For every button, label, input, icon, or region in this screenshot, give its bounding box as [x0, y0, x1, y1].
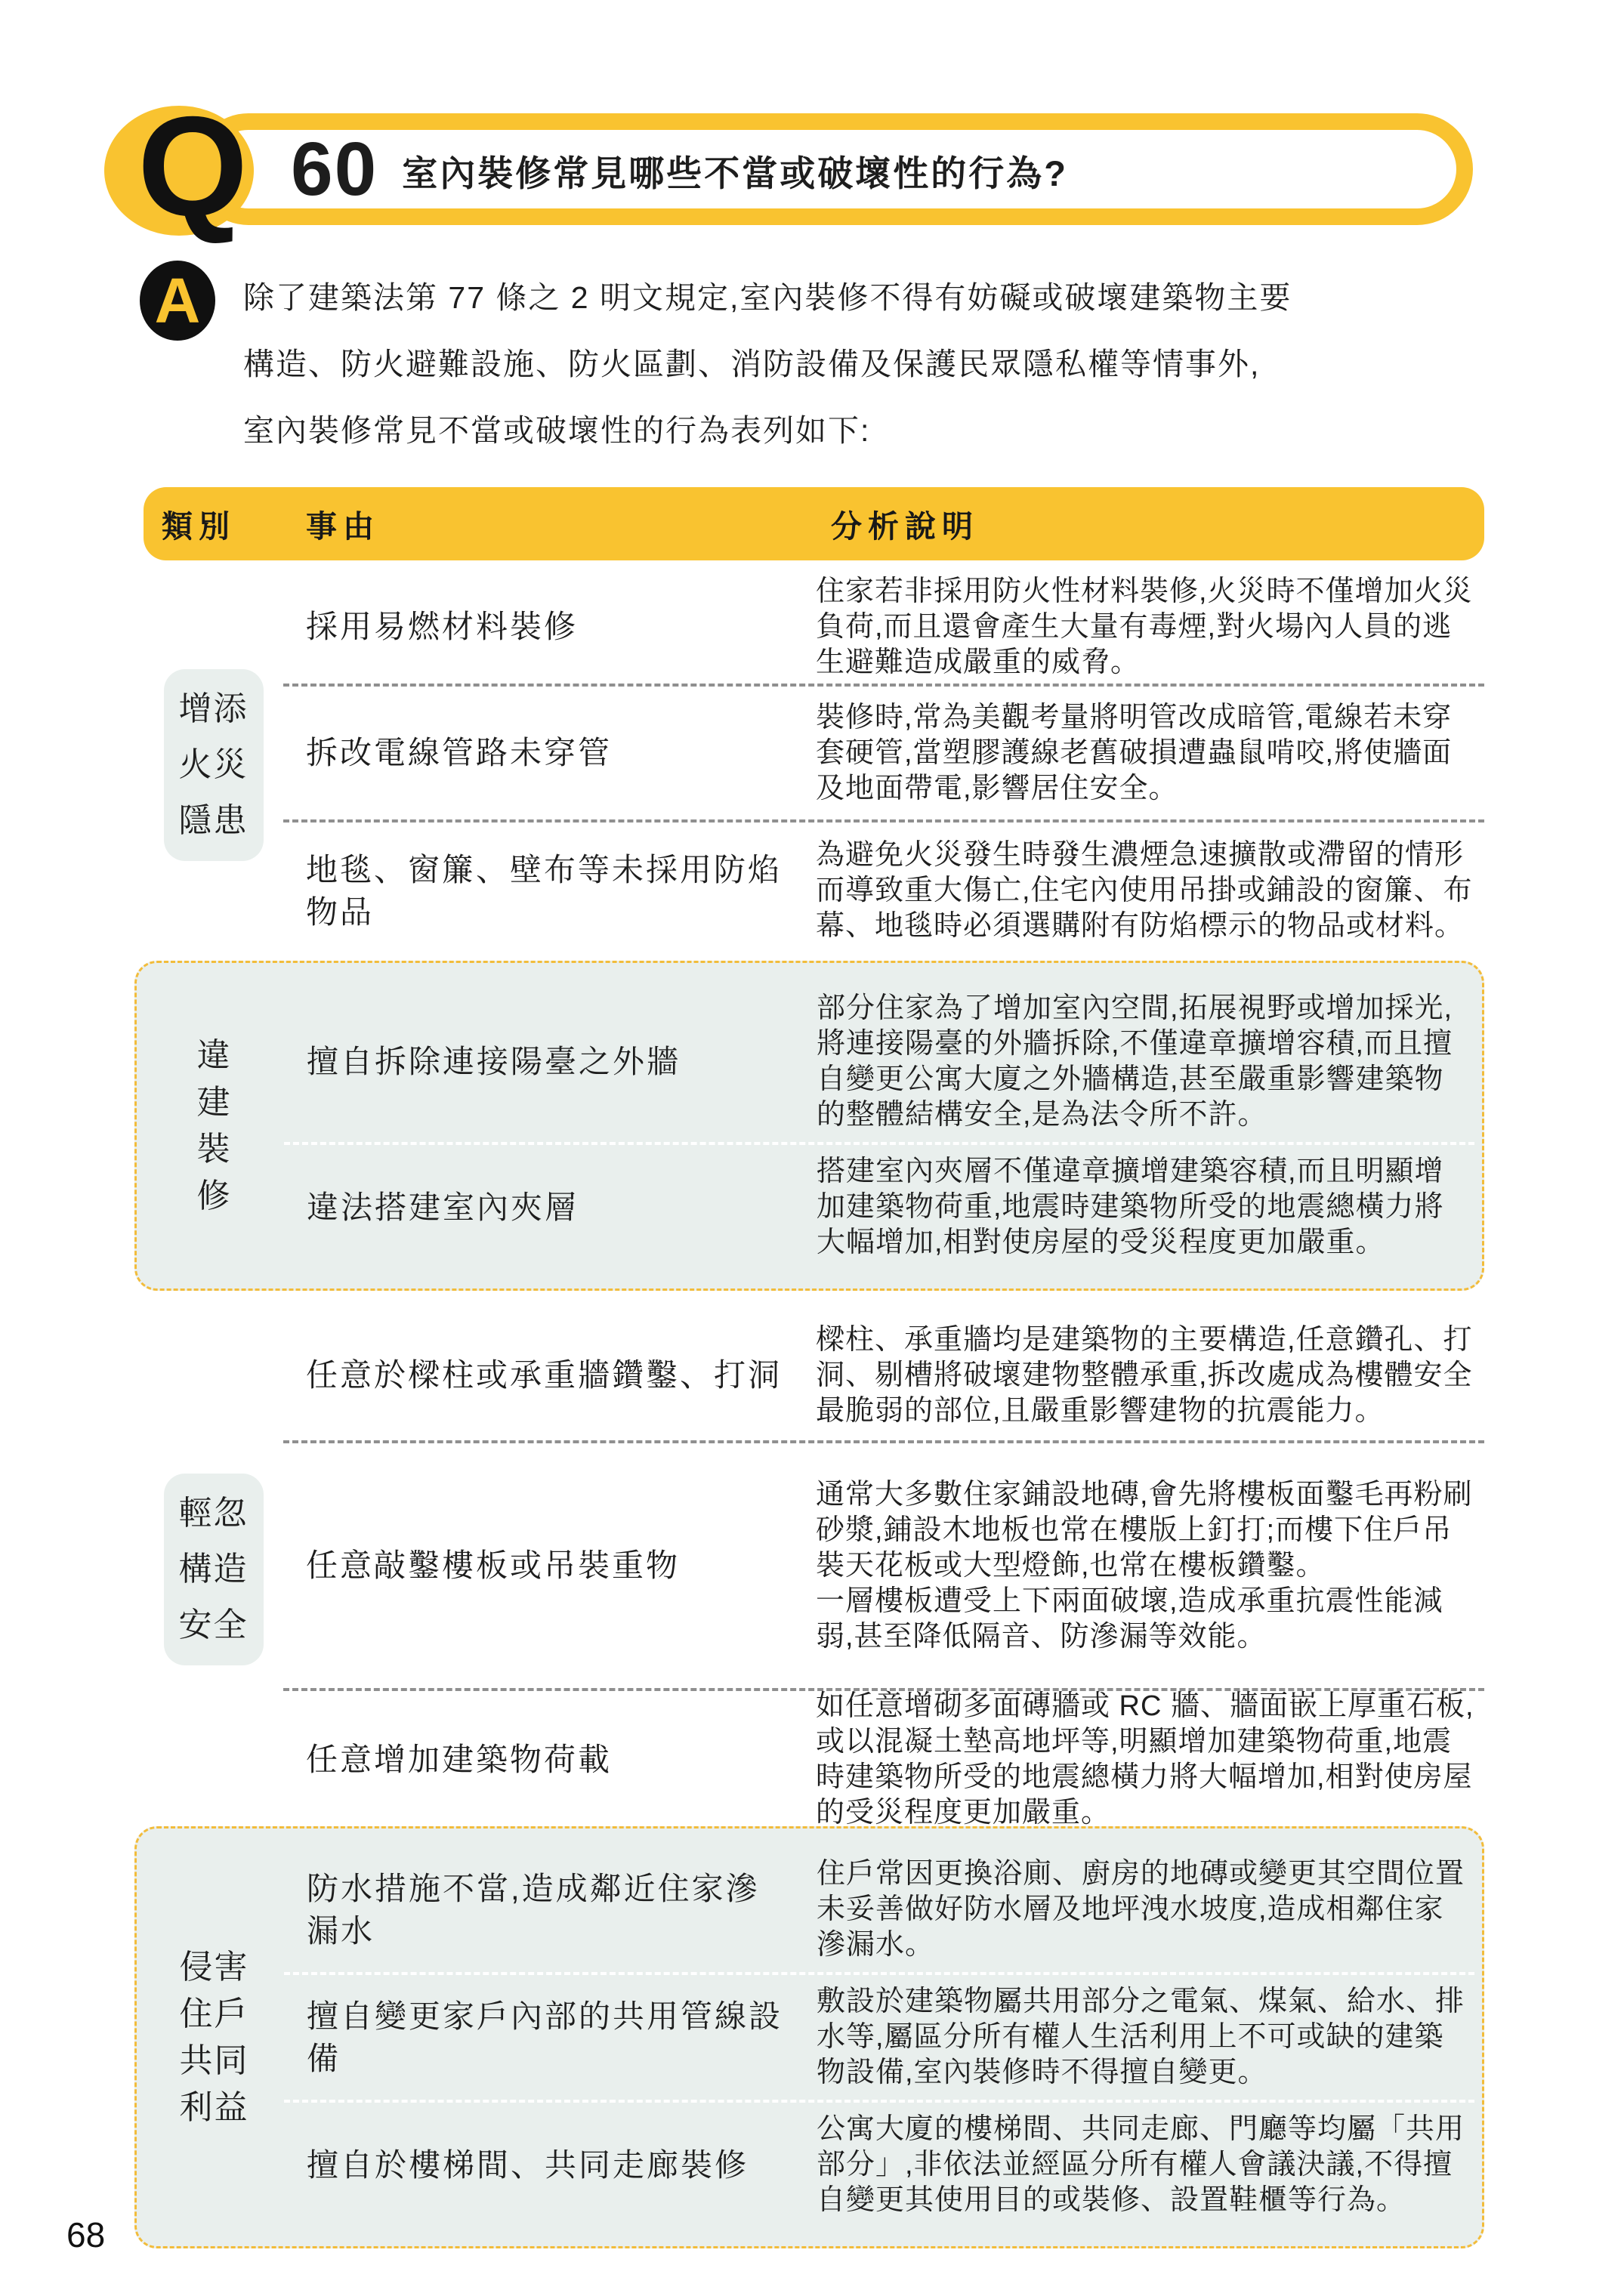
answer-text: 除了建築法第 77 條之 2 明文規定,室內裝修不得有妨礙或破壞建築物主要 構造… — [243, 264, 1550, 464]
table-header-analysis: 分析說明 — [801, 501, 1484, 546]
section-category-cell: 輕忽 構造 安全 — [144, 1310, 283, 1828]
row-cause: 違法搭建室內夾層 — [284, 1179, 801, 1236]
section-category-cell: 違 建 裝 修 — [144, 982, 284, 1270]
row-analysis: 裝修時,常為美觀考量將明管改成暗管,電線若未穿套硬管,當塑膠護線老舊破損遭蟲鼠啃… — [801, 688, 1484, 819]
table-section-fire-hazard: 增添 火災 隱患 採用易燃材料裝修 住家若非採用防火性材料裝修,火災時不僅增加火… — [144, 570, 1484, 959]
row-cause: 採用易燃材料裝修 — [283, 598, 801, 656]
table-row: 擅自於樓梯間、共同走廊裝修 公寓大廈的樓梯間、共同走廊、門廳等均屬「共用部分」,… — [284, 2100, 1474, 2227]
table-header-category: 類別 — [144, 501, 283, 546]
answer-badge-letter: A — [155, 269, 201, 332]
section-rows: 任意於樑柱或承重牆鑽鑿、打洞 樑柱、承重牆均是建築物的主要構造,任意鑽孔、打洞、… — [283, 1310, 1484, 1828]
table-section-structural-safety: 輕忽 構造 安全 任意於樑柱或承重牆鑽鑿、打洞 樑柱、承重牆均是建築物的主要構造… — [144, 1310, 1484, 1828]
table-row: 擅自變更家戶內部的共用管線設備 敷設於建築物屬共用部分之電氣、煤氣、給水、排水等… — [284, 1972, 1474, 2100]
table-row: 擅自拆除連接陽臺之外牆 部分住家為了增加室內空間,拓展視野或增加採光,將連接陽臺… — [284, 982, 1474, 1142]
section-rows: 採用易燃材料裝修 住家若非採用防火性材料裝修,火災時不僅增加火災負荷,而且還會產… — [283, 570, 1484, 959]
row-analysis: 敷設於建築物屬共用部分之電氣、煤氣、給水、排水等,屬區分所有權人生活利用上不可或… — [801, 1975, 1474, 2100]
row-cause: 擅自拆除連接陽臺之外牆 — [284, 1033, 801, 1091]
section-category-label: 增添 火災 隱患 — [164, 669, 264, 861]
table-row: 地毯、窗簾、壁布等未採用防焰物品 為避免火災發生時發生濃煙急速擴散或滯留的情形而… — [283, 819, 1484, 959]
section-rows: 防水措施不當,造成鄰近住家滲漏水 住戶常因更換浴廁、廚房的地磚或變更其空間位置未… — [284, 1847, 1474, 2227]
row-analysis: 住家若非採用防火性材料裝修,火災時不僅增加火災負荷,而且還會產生大量有毒煙,對火… — [801, 562, 1484, 693]
table-row: 任意於樑柱或承重牆鑽鑿、打洞 樑柱、承重牆均是建築物的主要構造,任意鑽孔、打洞、… — [283, 1310, 1484, 1440]
table-row: 任意增加建築物荷載 如任意增砌多面磚牆或 RC 牆、牆面嵌上厚重石板,或以混凝土… — [283, 1688, 1484, 1828]
row-analysis: 部分住家為了增加室內空間,拓展視野或增加採光,將連接陽臺的外牆拆除,不僅違章擴增… — [801, 982, 1474, 1142]
section-category-cell: 增添 火災 隱患 — [144, 570, 283, 959]
table-section-illegal-construction: 違 建 裝 修 擅自拆除連接陽臺之外牆 部分住家為了增加室內空間,拓展視野或增加… — [134, 961, 1484, 1291]
question-number: 60 — [291, 131, 378, 207]
row-cause: 任意敲鑿樓板或吊裝重物 — [283, 1537, 801, 1594]
row-analysis: 通常大多數住家鋪設地磚,會先將樓板面鑿毛再粉刷砂漿,鋪設木地板也常在樓版上釘打;… — [801, 1465, 1484, 1667]
section-category-label: 違 建 裝 修 — [144, 1032, 284, 1220]
row-cause: 地毯、窗簾、壁布等未採用防焰物品 — [283, 841, 801, 941]
table-row: 違法搭建室內夾層 搭建室內夾層不僅違章擴增建築容積,而且明顯增加建築物荷重,地震… — [284, 1142, 1474, 1270]
row-cause: 拆改電線管路未穿管 — [283, 724, 801, 782]
question-header-pill: 60 室內裝修常見哪些不當或破壞性的行為? — [193, 113, 1473, 225]
section-rows: 擅自拆除連接陽臺之外牆 部分住家為了增加室內空間,拓展視野或增加採光,將連接陽臺… — [284, 982, 1474, 1270]
section-category-cell: 侵害 住戶 共同 利益 — [144, 1847, 284, 2227]
page-number: 68 — [66, 2214, 105, 2255]
section-category-label: 輕忽 構造 安全 — [164, 1474, 264, 1665]
answer-badge: A — [140, 261, 215, 341]
table-row: 拆改電線管路未穿管 裝修時,常為美觀考量將明管改成暗管,電線若未穿套硬管,當塑膠… — [283, 684, 1484, 819]
table-row: 採用易燃材料裝修 住家若非採用防火性材料裝修,火災時不僅增加火災負荷,而且還會產… — [283, 570, 1484, 684]
table-row: 防水措施不當,造成鄰近住家滲漏水 住戶常因更換浴廁、廚房的地磚或變更其空間位置未… — [284, 1847, 1474, 1972]
row-analysis: 樑柱、承重牆均是建築物的主要構造,任意鑽孔、打洞、剔槽將破壞建物整體承重,拆改處… — [801, 1310, 1484, 1441]
table-header: 類別 事由 分析說明 — [144, 487, 1484, 560]
row-analysis: 公寓大廈的樓梯間、共同走廊、門廳等均屬「共用部分」,非依法並經區分所有權人會議決… — [801, 2103, 1474, 2227]
document-page: 60 室內裝修常見哪些不當或破壞性的行為? Q A 除了建築法第 77 條之 2… — [0, 0, 1624, 2293]
table-section-common-interest: 侵害 住戶 共同 利益 防水措施不當,造成鄰近住家滲漏水 住戶常因更換浴廁、廚房… — [134, 1826, 1484, 2248]
row-cause: 擅自於樓梯間、共同走廊裝修 — [284, 2137, 801, 2194]
row-analysis: 為避免火災發生時發生濃煙急速擴散或滯留的情形而導致重大傷亡,住宅內使用吊掛或鋪設… — [801, 826, 1484, 956]
question-title: 室內裝修常見哪些不當或破壞性的行為? — [402, 146, 1068, 196]
section-category-label: 侵害 住戶 共同 利益 — [144, 1944, 284, 2131]
row-cause: 任意於樑柱或承重牆鑽鑿、打洞 — [283, 1347, 801, 1404]
row-analysis: 搭建室內夾層不僅違章擴增建築容積,而且明顯增加建築物荷重,地震時建築物所受的地震… — [801, 1145, 1474, 1270]
row-cause: 防水措施不當,造成鄰近住家滲漏水 — [284, 1860, 801, 1960]
table-row: 任意敲鑿樓板或吊裝重物 通常大多數住家鋪設地磚,會先將樓板面鑿毛再粉刷砂漿,鋪設… — [283, 1440, 1484, 1688]
row-analysis: 如任意增砌多面磚牆或 RC 牆、牆面嵌上厚重石板,或以混凝土墊高地坪等,明顯增加… — [801, 1677, 1484, 1843]
row-cause: 擅自變更家戶內部的共用管線設備 — [284, 1988, 801, 2088]
table-header-cause: 事由 — [283, 501, 801, 546]
row-analysis: 住戶常因更換浴廁、廚房的地磚或變更其空間位置未妥善做好防水層及地坪洩水坡度,造成… — [801, 1847, 1474, 1972]
question-badge-letter: Q — [137, 95, 248, 237]
row-cause: 任意增加建築物荷載 — [283, 1731, 801, 1788]
